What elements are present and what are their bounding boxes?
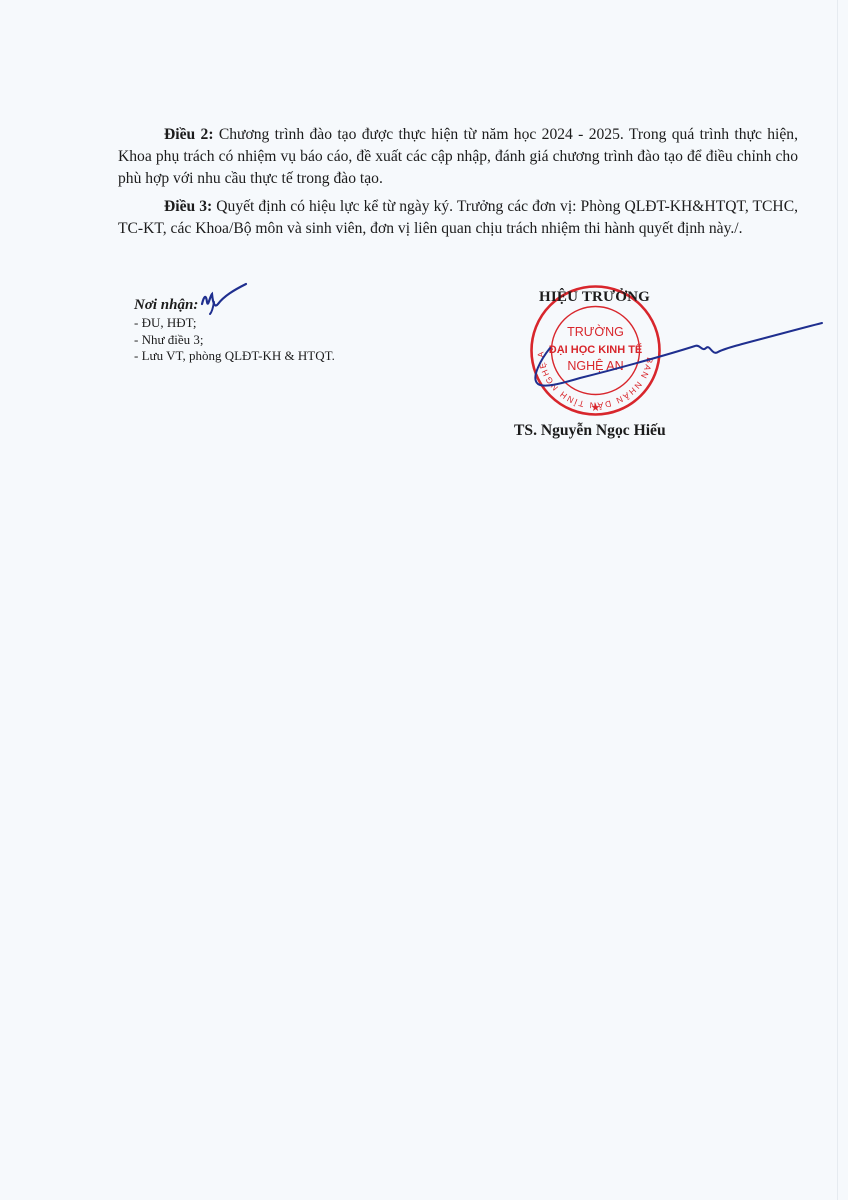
recipient-item: - Lưu VT, phòng QLĐT-KH & HTQT. [134,348,335,365]
signature-icon [520,318,825,393]
article-3-label: Điều 3: [164,198,212,215]
page-edge [837,0,838,1200]
article-2-text: Chương trình đào tạo được thực hiện từ n… [118,126,798,187]
article-2: Điều 2: Chương trình đào tạo được thực h… [118,124,798,190]
recipient-item: - ĐU, HĐT; [134,315,335,332]
seal-star-icon: ★ [591,401,601,414]
initial-mark-icon [198,282,248,316]
signer-name: TS. Nguyễn Ngọc Hiếu [514,422,666,440]
signature-title: HIỆU TRƯỞNG [539,289,650,306]
document-body: Điều 2: Chương trình đào tạo được thực h… [118,124,798,246]
article-2-label: Điều 2: [164,126,214,143]
article-3-text: Quyết định có hiệu lực kể từ ngày ký. Tr… [118,198,798,237]
article-3: Điều 3: Quyết định có hiệu lực kể từ ngà… [118,196,798,240]
recipient-item: - Như điều 3; [134,332,335,349]
